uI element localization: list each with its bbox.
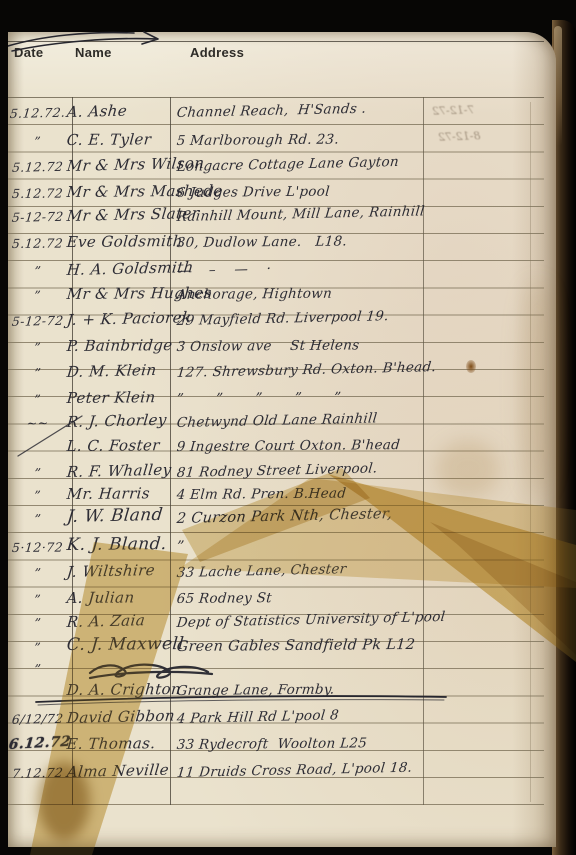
entry-date: ” [8, 365, 67, 381]
table-row: ” P. Bainbridge 3 Onslow ave St Helens [8, 331, 556, 357]
table-row: 5-12-72 Mr & Mrs Slater Rainhill Mount, … [8, 201, 556, 227]
entry-date: ” [8, 263, 67, 279]
table-row: ” [8, 653, 556, 679]
entry-name: H. A. Goldsmith [66, 258, 195, 279]
entry-name: J. Wiltshire [66, 561, 156, 581]
entry-date: ” [8, 591, 67, 607]
entry-date: ” [8, 661, 67, 677]
entry-name: R. F. Whalley [66, 461, 172, 481]
entry-date: ” [8, 391, 67, 407]
entry-name: K. J. Bland. [66, 534, 167, 555]
entry-name: C. J. Maxwell [66, 634, 185, 655]
entry-address: — – — · [176, 261, 272, 279]
table-row: 5-12-72 J. + K. Paciorek 29 Mayfield Rd.… [8, 305, 556, 331]
table-row: ” J. W. Bland 2 Curzon Park Nth, Chester… [8, 503, 556, 529]
entry-address: Green Gables Sandfield Pk L12 [176, 637, 416, 655]
table-row: ” J. Wiltshire 33 Lache Lane, Chester [8, 557, 556, 583]
table-row: ” A. Julian 65 Rodney St [8, 583, 556, 609]
entry-name: R. J. Chorley [66, 411, 168, 431]
table-row: 5·12·72 K. J. Bland. ” [8, 531, 556, 557]
entry-name: David Gibbon [66, 707, 176, 727]
table-row: ” Mr & Mrs Hughes Anchorage, Hightown [8, 279, 556, 305]
entry-date: ” [8, 487, 67, 503]
entry-name: Eve Goldsmith [66, 232, 184, 251]
entry-name: Peter Klein [66, 388, 156, 407]
entry-name: J. + K. Paciorek [66, 308, 192, 329]
entry-date [8, 698, 66, 699]
entry-date: ” [8, 465, 67, 481]
entry-address: Dept of Statistics University of L'pool [176, 609, 446, 631]
entry-name: Mr & Mrs Hughes [66, 284, 212, 303]
entry-address: ” [176, 539, 185, 555]
entry-date: ∼∼ [8, 415, 67, 431]
entry-date: 6/12/72 [8, 711, 67, 727]
entry-address: 29 Mayfield Rd. Liverpool 19. [176, 308, 389, 329]
table-row: ” Peter Klein ” ” ” ” ” [8, 383, 556, 409]
stain [436, 440, 500, 498]
entry-address: Anchorage, Hightown [176, 286, 333, 303]
register-page: Date Name Address 5.12.72. A. Ashe Chann… [8, 32, 556, 847]
table-row: 6.12.72 E. Thomas. 33 Rydecroft Woolton … [8, 729, 556, 755]
entry-name: P. Bainbridge [66, 336, 173, 355]
entry-name: C. E. Tyler [66, 130, 152, 149]
entry-date: 5-12-72 [8, 209, 67, 225]
entry-address: 5 Marlborough Rd. 23. [176, 132, 340, 149]
entry-name: L. C. Foster [66, 436, 161, 455]
table-row: 7.12.72 Alma Neville 11 Druids Cross Roa… [8, 757, 556, 783]
entry-date: ” [8, 133, 67, 149]
entry-name: J. W. Bland [66, 505, 164, 527]
table-row: ” H. A. Goldsmith — – — · [8, 255, 556, 281]
entry-date: ” [8, 511, 67, 527]
entry-address: 33 Lache Lane, Chester [176, 561, 347, 581]
table-row: ” C. J. Maxwell Green Gables Sandfield P… [8, 631, 556, 657]
table-row: ∼∼ R. J. Chorley Chetwynd Old Lane Rainh… [8, 407, 556, 433]
entry-date: ” [8, 287, 67, 303]
entry-name: A. Julian [66, 588, 135, 607]
entry-date: 7.12.72 [8, 765, 67, 781]
entry-date: 5-12-72 [8, 313, 67, 329]
entry-address: Grange Lane, Formby. [176, 682, 335, 699]
table-row: 5.12.72 Eve Goldsmith 30, Dudlow Lane. L… [8, 227, 556, 253]
entry-date: 5.12.72 [8, 235, 67, 251]
entry-address: Channel Reach, H'Sands . [176, 101, 367, 121]
entry-address: 2 Curzon Park Nth, Chester, [176, 506, 393, 527]
entry-date: ” [8, 615, 67, 631]
entry-name: Mr & Mrs Mashede [66, 182, 223, 201]
entry-address: 3 Onslow ave St Helens [176, 337, 360, 355]
table-row: 5.12.72 Mr & Mrs Wilson Longacre Cottage… [8, 151, 556, 177]
table-row: ” R. A. Zaia Dept of Statistics Universi… [8, 607, 556, 633]
table-row: D. A. Crighton Grange Lane, Formby. [8, 675, 556, 701]
entry-address: 30, Dudlow Lane. L18. [176, 234, 348, 251]
entry-address: 65 Rodney St [176, 590, 273, 607]
entry-address: 81 Rodney Street Liverpool. [176, 460, 378, 481]
entry-date: 5.12.72 [8, 159, 67, 175]
entry-address: 9 Ingestre Court Oxton. B'head [176, 437, 401, 455]
ghost-writing: 7-12-72 [432, 103, 475, 117]
entry-name: R. A. Zaia [66, 611, 146, 631]
entry-address: Chetwynd Old Lane Rainhill [176, 410, 378, 431]
entry-address: Rainhill Mount, Mill Lane, Rainhill [176, 203, 425, 225]
ink-stain [466, 360, 476, 373]
entry-date: ” [8, 639, 67, 655]
guestbook-photo: Date Name Address 5.12.72. A. Ashe Chann… [0, 0, 576, 855]
entry-date: ” [8, 339, 67, 355]
entry-name: Mr & Mrs Wilson [66, 154, 205, 175]
entry-date: ” [8, 565, 67, 581]
entry-name: E. Thomas. [66, 734, 156, 753]
entry-address: 127. Shrewsbury Rd. Oxton. B'head. [176, 359, 437, 381]
entry-date: 5.12.72 [8, 185, 67, 201]
entry-date: 5.12.72. [8, 105, 67, 121]
entry-name: Mr & Mrs Slater [66, 204, 200, 225]
entry-date: 5·12·72 [8, 539, 67, 555]
stain [520, 282, 554, 492]
entry-address: 33 Rydecroft Woolton L25 [176, 735, 368, 753]
entry-address: 4 Elm Rd. Pren. B.Head [176, 486, 347, 503]
entry-name: A. Ashe [66, 102, 128, 121]
table-row: 6/12/72 David Gibbon 4 Park Hill Rd L'po… [8, 703, 556, 729]
entry-address: 11 Druids Cross Road, L'pool 18. [176, 760, 413, 781]
entry-address: Longacre Cottage Lane Gayton [176, 154, 400, 175]
table-row: 5.12.72 Mr & Mrs Mashede 6 Judges Drive … [8, 177, 556, 203]
entry-name: Alma Neville [66, 761, 170, 781]
entry-address: 4 Park Hill Rd L'pool 8 [176, 707, 340, 727]
entry-name: D. M. Klein [66, 361, 157, 381]
entry-name: Mr. Harris [66, 484, 151, 503]
entry-name: D. A. Crighton [66, 680, 182, 699]
ghost-writing: 8-12-72 [438, 129, 481, 143]
entry-address: 6 Judges Drive L'pool [176, 184, 330, 201]
entry-date: 6.12.72 [8, 734, 68, 753]
entry-address: ” ” ” ” ” [176, 390, 342, 407]
entry-date [8, 454, 66, 455]
